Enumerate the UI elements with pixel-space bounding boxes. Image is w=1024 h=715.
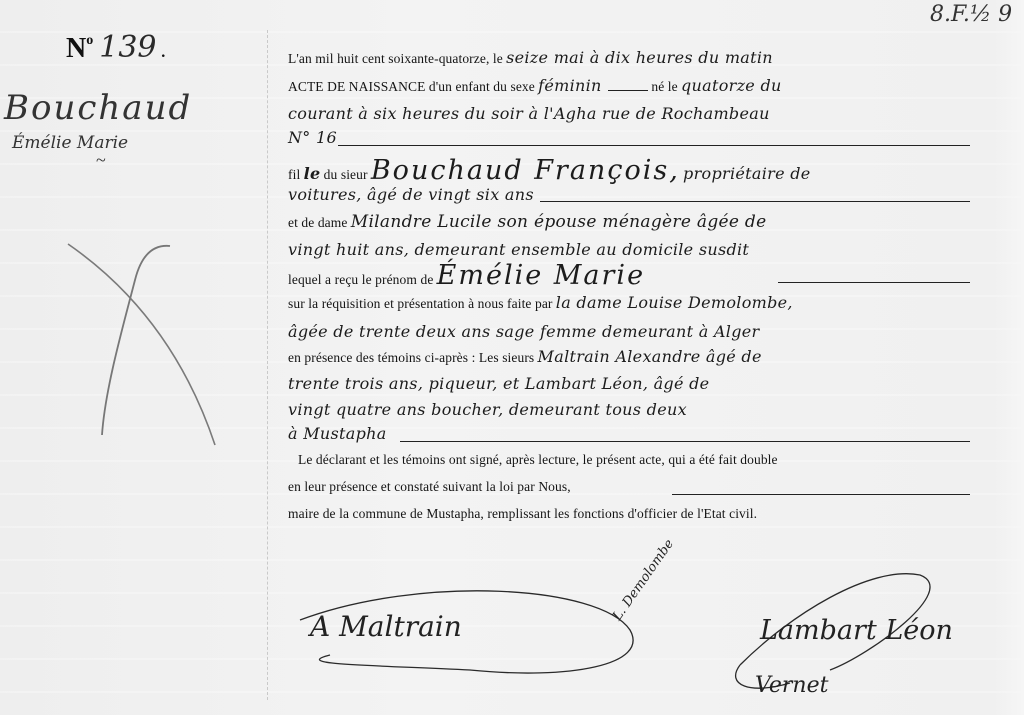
- signature-witness-1: A Maltrain: [310, 610, 462, 643]
- signature-area: A Maltrain L. Demolombe Lambart Léon Ver…: [270, 555, 1024, 715]
- handwritten-declarant: la dame Louise Demolombe,: [556, 293, 793, 312]
- body-line-9: lequel a reçu le prénom de Émélie Marie: [288, 260, 972, 296]
- fill-rule: [672, 494, 970, 495]
- printed-text: lequel a reçu le prénom de: [288, 272, 433, 287]
- body-line-7: et de dame Milandre Lucile son épouse mé…: [288, 212, 972, 242]
- body-line-2: ACTE DE NAISSANCE d'un enfant du sexe fé…: [288, 76, 972, 106]
- handwritten-witness-residence: vingt quatre ans boucher, demeurant tous…: [288, 400, 687, 419]
- printed-text: en leur présence et constaté suivant la …: [288, 479, 571, 494]
- printed-text: fil: [288, 167, 300, 182]
- handwritten-gender-suffix: le: [304, 164, 321, 183]
- handwritten-witness-details: trente trois ans, piqueur, et Lambart Lé…: [288, 374, 709, 393]
- handwritten-birth-place: courant à six heures du soir à l'Agha ru…: [288, 104, 770, 123]
- handwritten-town: à Mustapha: [288, 424, 387, 443]
- fill-rule: [540, 201, 970, 202]
- body-line-1: L'an mil huit cent soixante-quatorze, le…: [288, 48, 972, 78]
- number-sup: o: [86, 33, 93, 48]
- handwritten-residence: vingt huit ans, demeurant ensemble au do…: [288, 240, 749, 259]
- margin-rule: [267, 30, 268, 700]
- closing-line-3: maire de la commune de Mustapha, remplis…: [288, 506, 972, 536]
- printed-text: L'an mil huit cent soixante-quatorze, le: [288, 51, 503, 66]
- handwritten-father-name: Bouchaud François,: [371, 155, 680, 186]
- body-line-12: en présence des témoins ci-après : Les s…: [288, 347, 972, 377]
- handwritten-date: seize mai à dix heures du matin: [506, 48, 773, 67]
- printed-text: maire de la commune de Mustapha, remplis…: [288, 506, 757, 521]
- printed-text: Le déclarant et les témoins ont signé, a…: [298, 452, 778, 467]
- printed-text: sur la réquisition et présentation à nou…: [288, 296, 553, 311]
- body-line-15: à Mustapha: [288, 424, 972, 454]
- cross-out-mark-icon: [60, 240, 230, 450]
- document-page: 8.F.½ 9 No139. Bouchaud Émélie Marie ~ L…: [0, 0, 1024, 715]
- handwritten-mother-name: Milandre Lucile son épouse ménagère âgée…: [351, 212, 767, 232]
- fill-rule: [400, 441, 970, 442]
- body-line-4: N° 16: [288, 128, 972, 158]
- number-prefix: N: [66, 33, 86, 64]
- signature-witness-2: Lambart Léon: [760, 615, 953, 646]
- closing-line-1: Le déclarant et les témoins ont signé, a…: [298, 452, 982, 482]
- number-suffix: .: [161, 37, 167, 62]
- printed-text: et de dame: [288, 215, 347, 230]
- body-line-6: voitures, âgé de vingt six ans: [288, 185, 972, 215]
- acte-number: No139.: [66, 30, 166, 65]
- handwritten-given-names: Émélie Marie: [437, 260, 645, 291]
- printed-text: du sieur: [324, 167, 368, 182]
- handwritten-declarant-details: âgée de trente deux ans sage femme demeu…: [288, 322, 759, 341]
- signature-mayor: Vernet: [755, 673, 828, 698]
- printed-text: né le: [651, 79, 677, 94]
- handwritten-witness-1: Maltrain Alexandre âgé de: [538, 347, 762, 366]
- handwritten-father-occupation: propriétaire de: [683, 164, 811, 183]
- printed-text: en présence des témoins ci-après : Les s…: [288, 350, 534, 365]
- handwritten-birth-date: quatorze du: [681, 76, 782, 95]
- printed-text: ACTE DE NAISSANCE d'un enfant du sexe: [288, 79, 535, 94]
- folio-annotation: 8.F.½ 9: [930, 2, 1012, 27]
- margin-given-names: Émélie Marie: [12, 133, 128, 153]
- margin-flourish: ~: [96, 150, 106, 171]
- margin-surname: Bouchaud: [4, 88, 192, 128]
- number-value: 139: [99, 30, 156, 65]
- fill-rule: [338, 145, 970, 146]
- fill-rule: [778, 282, 970, 283]
- handwritten-sex: féminin: [538, 76, 608, 95]
- body-line-10: sur la réquisition et présentation à nou…: [288, 293, 972, 323]
- handwritten-street-number: N° 16: [288, 128, 337, 147]
- handwritten-father-details: voitures, âgé de vingt six ans: [288, 185, 534, 204]
- fill-rule: [608, 89, 648, 91]
